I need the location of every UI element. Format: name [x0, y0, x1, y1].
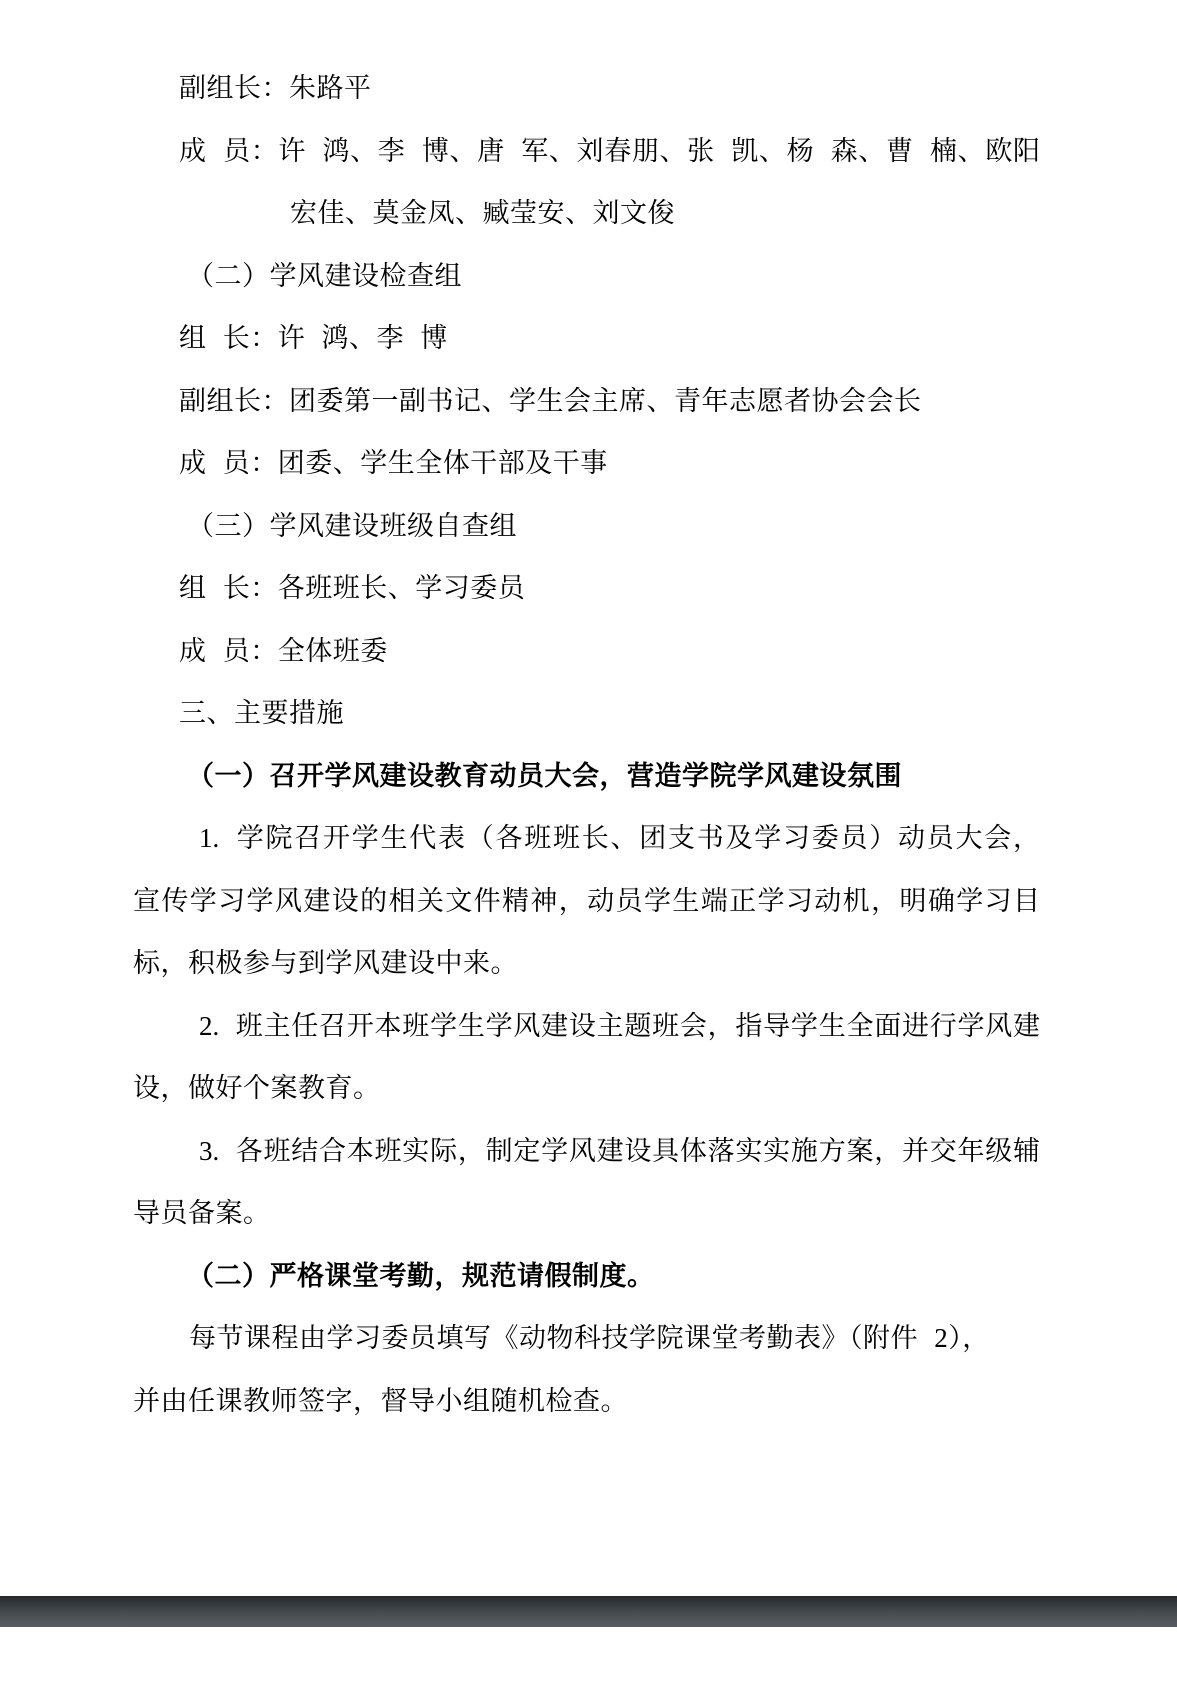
text-line: 每节课程由学习委员填写《动物科技学院课堂考勤表》（附件 2）， [133, 1307, 1040, 1370]
text-line: 组 长：许 鸿、李 博 [133, 307, 1040, 370]
text-line: 成 员：许 鸿、李 博、唐 军、刘春朋、张 凯、杨 森、曹 楠、欧阳 [133, 120, 1040, 183]
document-viewport: 副组长：朱路平成 员：许 鸿、李 博、唐 军、刘春朋、张 凯、杨 森、曹 楠、欧… [0, 0, 1177, 1690]
text-line: 组 长：各班班长、学习委员 [133, 557, 1040, 620]
text-line: 成 员：全体班委 [133, 620, 1040, 683]
text-line: （二）严格课堂考勤，规范请假制度。 [133, 1245, 1040, 1308]
text-line: （二）学风建设检查组 [133, 245, 1040, 308]
text-line: （一）召开学风建设教育动员大会，营造学院学风建设氛围 [133, 745, 1040, 808]
text-line: 成 员：团委、学生全体干部及干事 [133, 432, 1040, 495]
text-line: （三）学风建设班级自查组 [133, 495, 1040, 558]
text-line: 2. 班主任召开本班学生学风建设主题班会，指导学生全面进行学风建 [133, 995, 1040, 1058]
text-line: 并由任课教师签字，督导小组随机检查。 [133, 1370, 1040, 1433]
text-line: 1. 学院召开学生代表（各班班长、团支书及学习委员）动员大会， [133, 807, 1040, 870]
text-line: 导员备案。 [133, 1182, 1040, 1245]
document-page[interactable]: 副组长：朱路平成 员：许 鸿、李 博、唐 军、刘春朋、张 凯、杨 森、曹 楠、欧… [133, 57, 1040, 1432]
document-lines: 副组长：朱路平成 员：许 鸿、李 博、唐 军、刘春朋、张 凯、杨 森、曹 楠、欧… [133, 57, 1040, 1432]
text-line: 副组长：朱路平 [133, 57, 1040, 120]
text-line: 标，积极参与到学风建设中来。 [133, 932, 1040, 995]
page-break-divider [0, 1596, 1177, 1627]
text-line: 设，做好个案教育。 [133, 1057, 1040, 1120]
text-line: 副组长：团委第一副书记、学生会主席、青年志愿者协会会长 [133, 370, 1040, 433]
text-line: 三、主要措施 [133, 682, 1040, 745]
text-line: 宣传学习学风建设的相关文件精神，动员学生端正学习动机，明确学习目 [133, 870, 1040, 933]
text-line: 3. 各班结合本班实际，制定学风建设具体落实实施方案，并交年级辅 [133, 1120, 1040, 1183]
text-line: 宏佳、莫金凤、臧莹安、刘文俊 [133, 182, 1040, 245]
